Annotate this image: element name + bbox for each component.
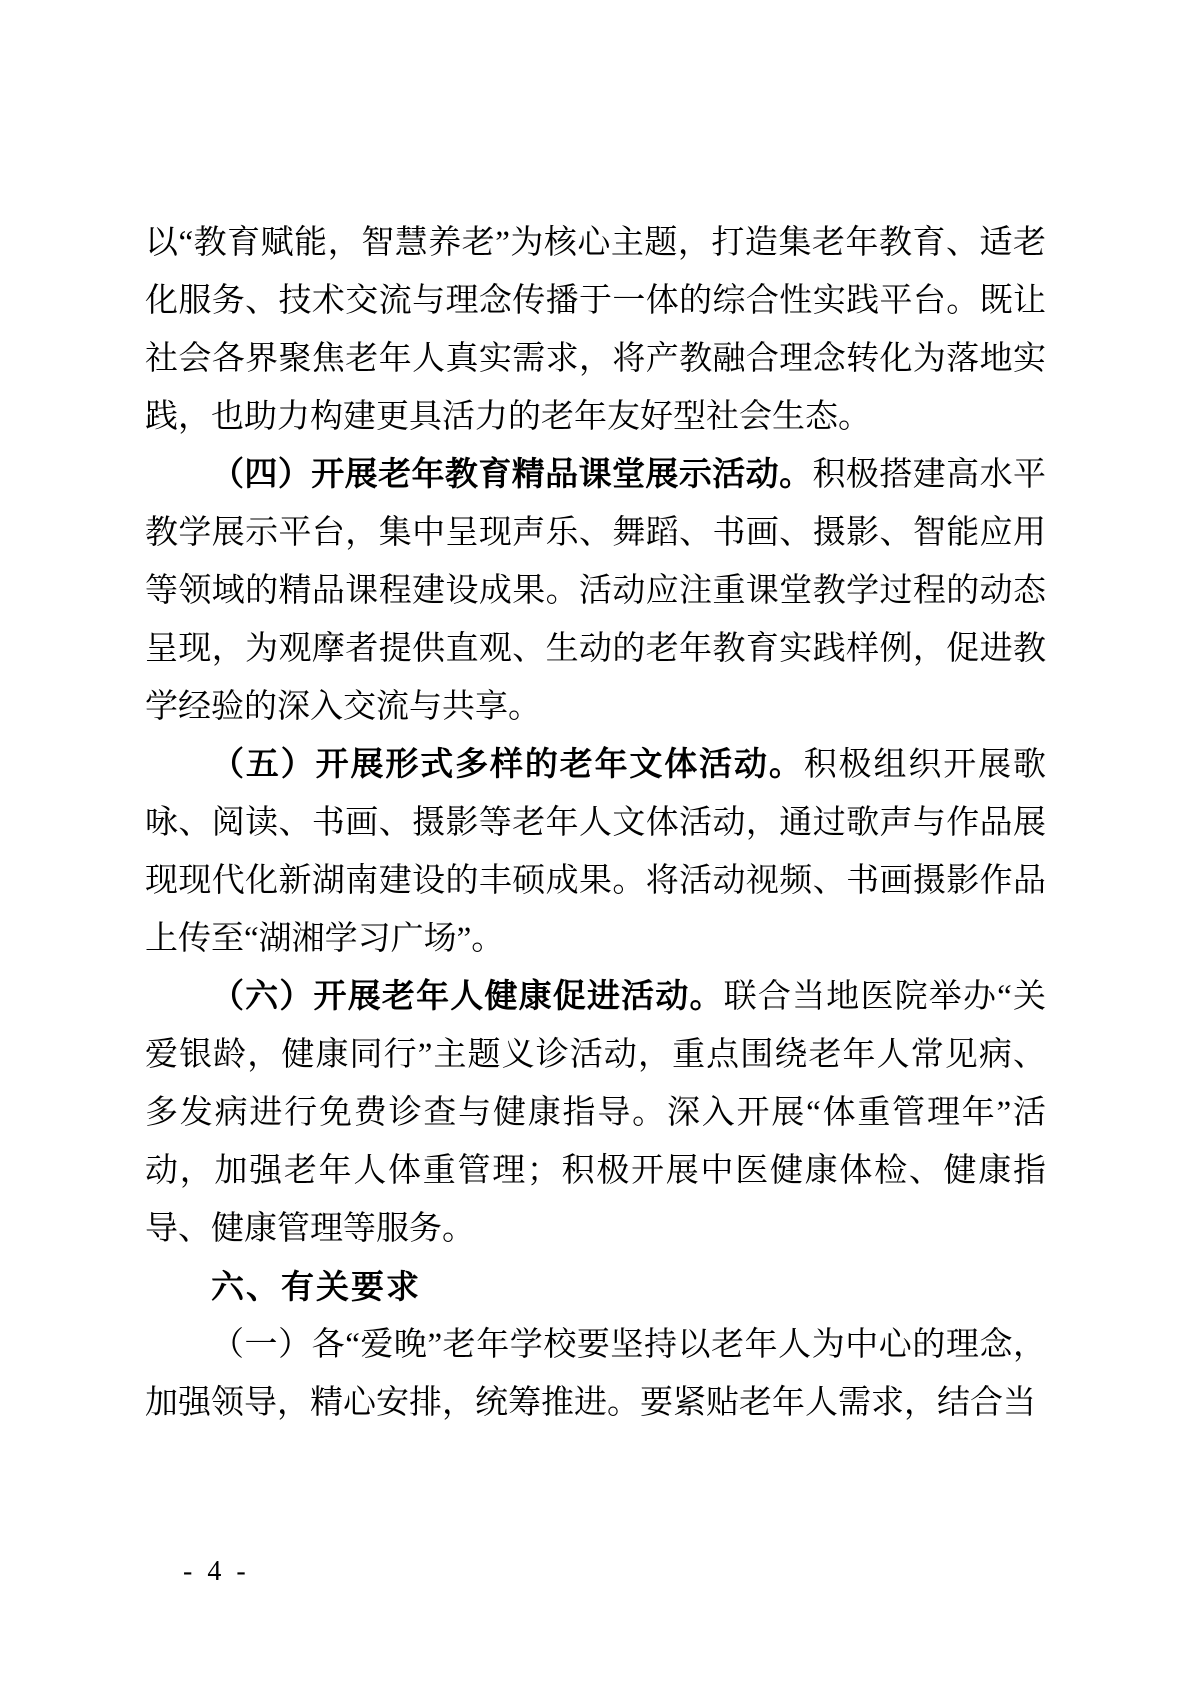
section-heading-text: 六、有关要求 — [211, 1268, 421, 1305]
page-number: - 4 - — [183, 1556, 250, 1588]
paragraph-text: 联合当地医院举办“关爱银龄，健康同行”主题义诊活动，重点围绕老年人常见病、多发病… — [145, 979, 1046, 1247]
paragraph-item-6: （六）开展老年人健康促进活动。联合当地医院举办“关爱银龄，健康同行”主题义诊活动… — [145, 968, 1046, 1258]
paragraph-item-4: （四）开展老年教育精品课堂展示活动。积极搭建高水平教学展示平台，集中呈现声乐、舞… — [145, 446, 1046, 736]
document-page: 以“教育赋能，智慧养老”为核心主题，打造集老年教育、适老化服务、技术交流与理念传… — [0, 0, 1191, 1684]
paragraph-lead: （五）开展形式多样的老年文体活动。 — [211, 747, 804, 783]
paragraph-text: 积极搭建高水平教学展示平台，集中呈现声乐、舞蹈、书画、摄影、智能应用等领域的精品… — [145, 457, 1046, 725]
paragraph-lead: （六）开展老年人健康促进活动。 — [211, 979, 724, 1015]
section-heading: 六、有关要求 — [145, 1258, 1046, 1316]
paragraph-item-1: （一）各“爱晚”老年学校要坚持以老年人为中心的理念，加强领导，精心安排，统筹推进… — [145, 1316, 1046, 1432]
paragraph-text: 以“教育赋能，智慧养老”为核心主题，打造集老年教育、适老化服务、技术交流与理念传… — [145, 225, 1046, 435]
paragraph-lead: （四）开展老年教育精品课堂展示活动。 — [211, 457, 813, 493]
paragraph-text: （一）各“爱晚”老年学校要坚持以老年人为中心的理念，加强领导，精心安排，统筹推进… — [145, 1327, 1046, 1421]
paragraph-continuation: 以“教育赋能，智慧养老”为核心主题，打造集老年教育、适老化服务、技术交流与理念传… — [145, 214, 1046, 446]
document-body: 以“教育赋能，智慧养老”为核心主题，打造集老年教育、适老化服务、技术交流与理念传… — [145, 214, 1046, 1432]
paragraph-item-5: （五）开展形式多样的老年文体活动。积极组织开展歌咏、阅读、书画、摄影等老年人文体… — [145, 736, 1046, 968]
